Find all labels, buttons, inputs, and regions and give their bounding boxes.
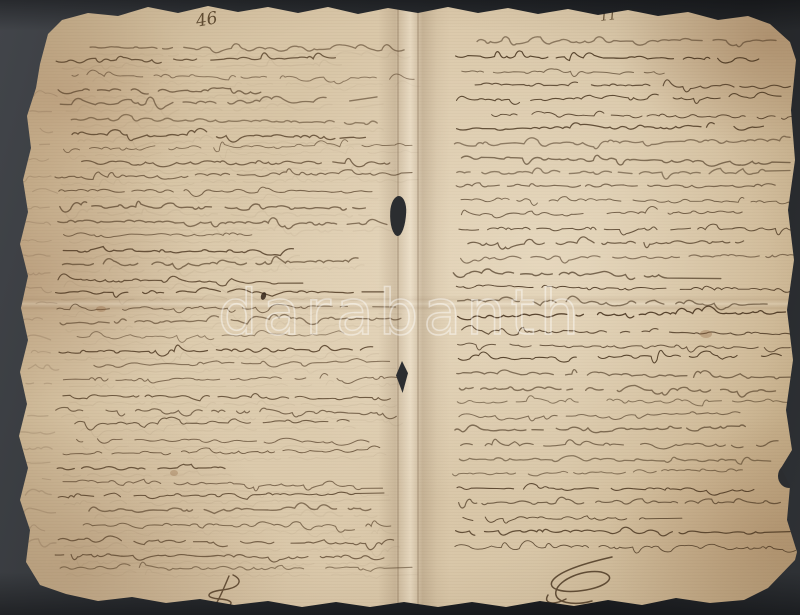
page-number-right: 11	[599, 8, 617, 25]
foxing-spot	[96, 306, 106, 312]
page-number-left: 46	[194, 8, 219, 31]
vignette-shading	[0, 0, 800, 615]
manuscript-photo: 46 11 darabanth	[0, 0, 800, 615]
foxing-spot	[170, 470, 178, 476]
foxing-spot	[700, 330, 712, 338]
paper-sheet: 46 11	[0, 0, 800, 615]
edge-tear	[778, 464, 800, 488]
